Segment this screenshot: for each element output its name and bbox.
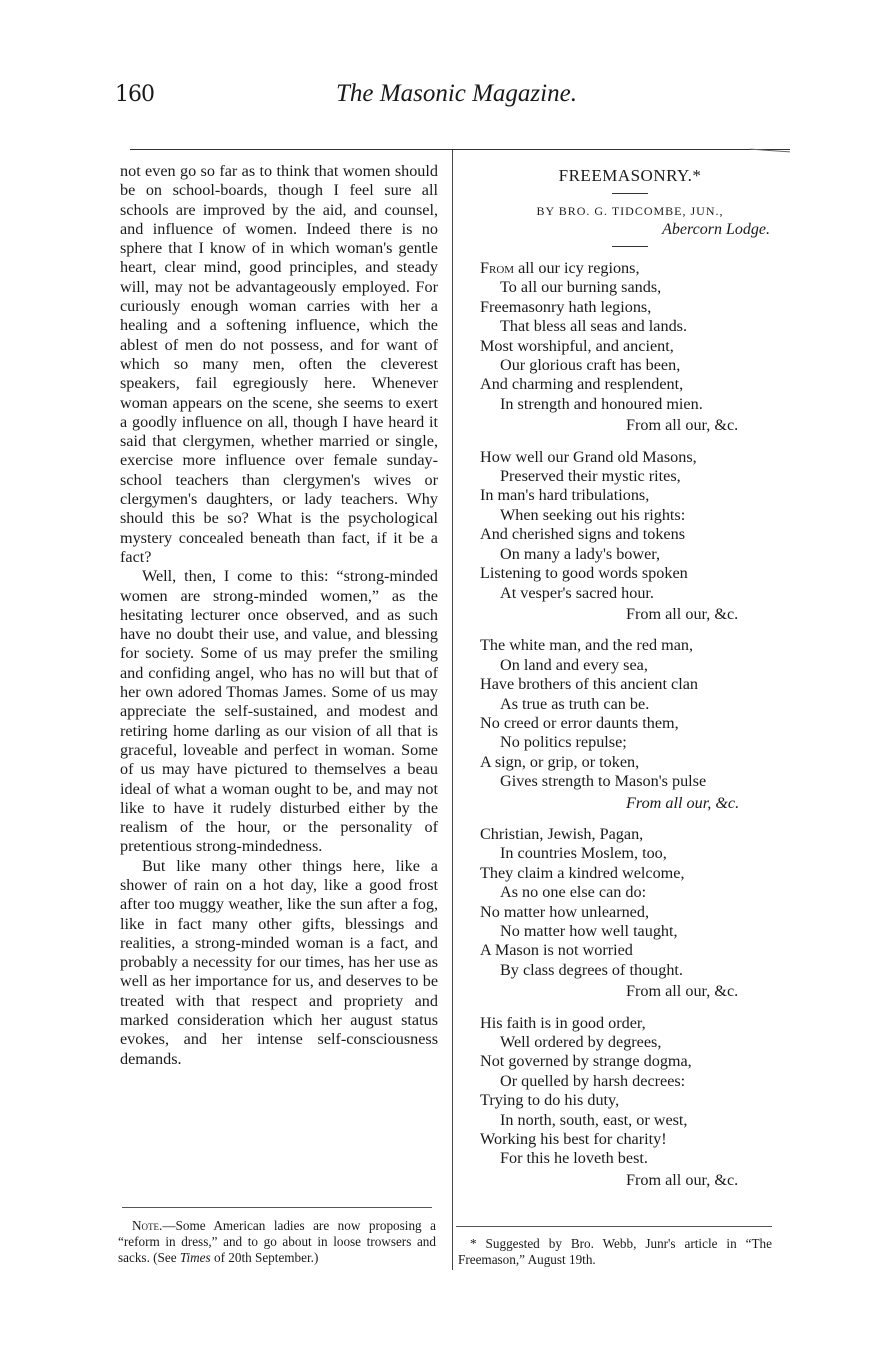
poem-line: They claim a kindred welcome, xyxy=(480,864,780,883)
running-title: The Masonic Magazine. xyxy=(0,80,893,108)
poem-line: From all our icy regions, xyxy=(480,259,780,278)
refrain: From all our, &c. xyxy=(480,982,780,1001)
note-text-end: of 20th September.) xyxy=(211,1250,319,1265)
poem-line: And cherished signs and tokens xyxy=(480,525,780,544)
left-footnote-rule xyxy=(122,1207,432,1208)
poem-line: On land and every sea, xyxy=(480,656,780,675)
poem-line: No politics repulse; xyxy=(480,733,780,752)
poem-line: When seeking out his rights: xyxy=(480,506,780,525)
first-word: From xyxy=(480,259,514,277)
poem-line: No matter how well taught, xyxy=(480,922,780,941)
paragraph: Well, then, I come to this: “strong-mind… xyxy=(120,567,438,856)
stanza: Christian, Jewish, Pagan, In countries M… xyxy=(480,825,780,1002)
poem-line: That bless all seas and lands. xyxy=(480,317,780,336)
poem-line: Preserved their mystic rites, xyxy=(480,467,780,486)
stanza: How well our Grand old Masons, Preserved… xyxy=(480,448,780,625)
poem-line: Freemasonry hath legions, xyxy=(480,298,780,317)
poem-line: In strength and honoured mien. xyxy=(480,395,780,414)
refrain: From all our, &c. xyxy=(480,1171,780,1190)
poem-line: How well our Grand old Masons, xyxy=(480,448,780,467)
byline-rule xyxy=(612,246,648,247)
poem-title: FREEMASONRY.* xyxy=(480,166,780,186)
poem-line: A sign, or grip, or token, xyxy=(480,753,780,772)
right-column: FREEMASONRY.* BY BRO. G. TIDCOMBE, JUN.,… xyxy=(480,160,780,1190)
poem-line: In north, south, east, or west, xyxy=(480,1111,780,1130)
poem-line: The white man, and the red man, xyxy=(480,636,780,655)
paragraph: But like many other things here, like a … xyxy=(120,857,438,1069)
top-rule xyxy=(130,149,790,150)
stanza: His faith is in good order, Well ordered… xyxy=(480,1014,780,1191)
note-italic-times: Times xyxy=(180,1250,211,1265)
poem-line: On many a lady's bower, xyxy=(480,545,780,564)
poem-line: Listening to good words spoken xyxy=(480,564,780,583)
title-rule xyxy=(612,193,648,194)
poem-line: Christian, Jewish, Pagan, xyxy=(480,825,780,844)
left-column: not even go so far as to think that wome… xyxy=(120,162,438,1069)
poem-line: And charming and resplendent, xyxy=(480,375,780,394)
poem-line: At vesper's sacred hour. xyxy=(480,584,780,603)
poem-line: Or quelled by harsh decrees: xyxy=(480,1072,780,1091)
poem-line: To all our burning sands, xyxy=(480,278,780,297)
refrain: From all our, &c. xyxy=(480,794,780,813)
note-label: Note. xyxy=(132,1218,162,1233)
poem-line: Our glorious craft has been, xyxy=(480,356,780,375)
poem-line: Have brothers of this ancient clan xyxy=(480,675,780,694)
poem-line: His faith is in good order, xyxy=(480,1014,780,1033)
poem-line: A Mason is not worried xyxy=(480,941,780,960)
poem-line: For this he loveth best. xyxy=(480,1149,780,1168)
column-divider xyxy=(452,150,453,1270)
poem-line: As no one else can do: xyxy=(480,883,780,902)
right-footnote-rule xyxy=(456,1226,772,1227)
stanza: From all our icy regions, To all our bur… xyxy=(480,259,780,436)
line-text: all our icy regions, xyxy=(514,259,639,277)
poem-line: By class degrees of thought. xyxy=(480,961,780,980)
poem-line: Not governed by strange dogma, xyxy=(480,1052,780,1071)
poem-line: Working his best for charity! xyxy=(480,1130,780,1149)
poem-line: No matter how unlearned, xyxy=(480,903,780,922)
poem-line: No creed or error daunts them, xyxy=(480,714,780,733)
poem-line: In countries Moslem, too, xyxy=(480,844,780,863)
poem-byline: BY BRO. G. TIDCOMBE, JUN., xyxy=(480,204,780,219)
refrain: From all our, &c. xyxy=(480,416,780,435)
poem-line: Most worshipful, and ancient, xyxy=(480,337,780,356)
refrain: From all our, &c. xyxy=(480,605,780,624)
poem-line: Well ordered by degrees, xyxy=(480,1033,780,1052)
poem-line: Trying to do his duty, xyxy=(480,1091,780,1110)
stanza: The white man, and the red man, On land … xyxy=(480,636,780,813)
poem-line: In man's hard tribulations, xyxy=(480,486,780,505)
right-footnote: * Suggested by Bro. Webb, Junr's article… xyxy=(458,1236,772,1268)
poem-lodge: Abercorn Lodge. xyxy=(480,221,780,239)
poem-line: Gives strength to Mason's pulse xyxy=(480,772,780,791)
poem-line: As true as truth can be. xyxy=(480,695,780,714)
paragraph: not even go so far as to think that wome… xyxy=(120,162,438,567)
left-footnote: Note.—Some American ladies are now propo… xyxy=(118,1218,436,1266)
